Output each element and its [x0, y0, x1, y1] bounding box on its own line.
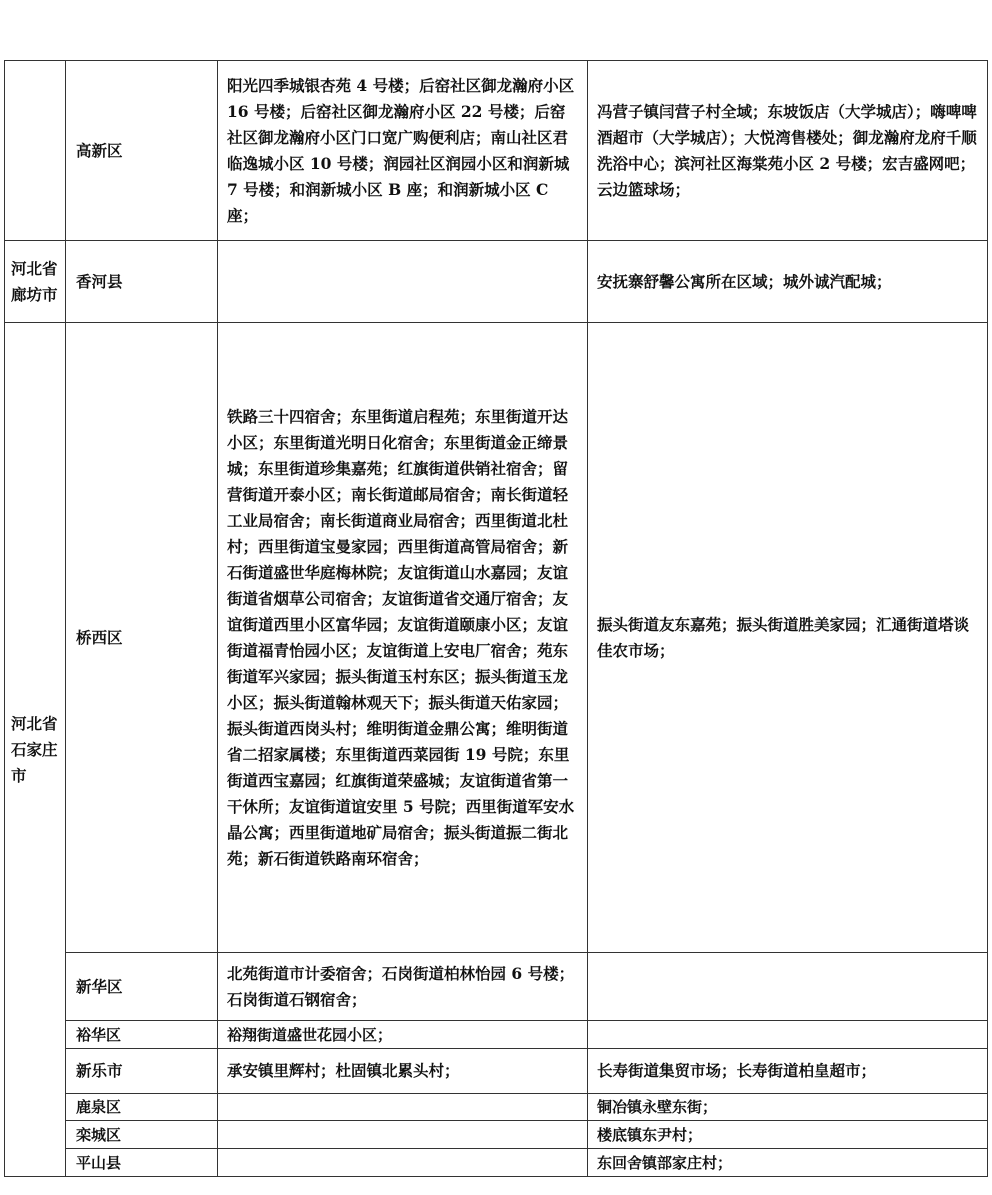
low-risk-cell: 振头街道友东嘉苑；振头街道胜美家园；汇通街道塔谈佳农市场；	[588, 323, 988, 953]
table-row: 新乐市 承安镇里辉村；杜固镇北累头村； 长寿街道集贸市场；长寿街道柏皇超市；	[5, 1049, 988, 1094]
table-row: 平山县 东回舍镇部家庄村；	[5, 1149, 988, 1177]
low-risk-cell: 冯营子镇闫营子村全域；东坡饭店（大学城店）；嗨啤啤酒超市（大学城店）；大悦湾售楼…	[588, 61, 988, 241]
low-risk-cell: 楼底镇东尹村；	[588, 1121, 988, 1149]
medium-risk-cell: 承安镇里辉村；杜固镇北累头村；	[218, 1049, 588, 1094]
medium-risk-cell	[218, 1121, 588, 1149]
medium-risk-cell: 裕翔街道盛世花园小区；	[218, 1021, 588, 1049]
table-row: 栾城区 楼底镇东尹村；	[5, 1121, 988, 1149]
low-risk-cell	[588, 953, 988, 1021]
district-cell: 裕华区	[66, 1021, 218, 1049]
low-risk-cell: 东回舍镇部家庄村；	[588, 1149, 988, 1177]
medium-risk-cell	[218, 241, 588, 323]
table-row: 裕华区 裕翔街道盛世花园小区；	[5, 1021, 988, 1049]
province-cell: 河北省石家庄市	[5, 323, 66, 1177]
table-row: 河北省石家庄市 桥西区 铁路三十四宿舍；东里街道启程苑；东里街道开达小区；东里街…	[5, 323, 988, 953]
low-risk-cell: 铜冶镇永壁东街；	[588, 1094, 988, 1121]
low-risk-cell: 安抚寨舒馨公寓所在区域；城外诚汽配城；	[588, 241, 988, 323]
table-row: 新华区 北苑街道市计委宿舍；石岗街道柏林怡园 6 号楼；石岗街道石钢宿舍；	[5, 953, 988, 1021]
medium-risk-cell: 阳光四季城银杏苑 4 号楼；后窑社区御龙瀚府小区 16 号楼；后窑社区御龙瀚府小…	[218, 61, 588, 241]
medium-risk-cell	[218, 1149, 588, 1177]
table-row: 河北省廊坊市 香河县 安抚寨舒馨公寓所在区域；城外诚汽配城；	[5, 241, 988, 323]
medium-risk-cell: 铁路三十四宿舍；东里街道启程苑；东里街道开达小区；东里街道光明日化宿舍；东里街道…	[218, 323, 588, 953]
district-cell: 香河县	[66, 241, 218, 323]
district-cell: 高新区	[66, 61, 218, 241]
table-row: 鹿泉区 铜冶镇永壁东街；	[5, 1094, 988, 1121]
province-cell	[5, 61, 66, 241]
district-cell: 栾城区	[66, 1121, 218, 1149]
district-cell: 新乐市	[66, 1049, 218, 1094]
district-cell: 桥西区	[66, 323, 218, 953]
district-cell: 鹿泉区	[66, 1094, 218, 1121]
medium-risk-cell	[218, 1094, 588, 1121]
district-cell: 平山县	[66, 1149, 218, 1177]
district-cell: 新华区	[66, 953, 218, 1021]
risk-area-table: 高新区 阳光四季城银杏苑 4 号楼；后窑社区御龙瀚府小区 16 号楼；后窑社区御…	[4, 60, 988, 1177]
medium-risk-cell: 北苑街道市计委宿舍；石岗街道柏林怡园 6 号楼；石岗街道石钢宿舍；	[218, 953, 588, 1021]
table-row: 高新区 阳光四季城银杏苑 4 号楼；后窑社区御龙瀚府小区 16 号楼；后窑社区御…	[5, 61, 988, 241]
province-cell: 河北省廊坊市	[5, 241, 66, 323]
low-risk-cell	[588, 1021, 988, 1049]
low-risk-cell: 长寿街道集贸市场；长寿街道柏皇超市；	[588, 1049, 988, 1094]
